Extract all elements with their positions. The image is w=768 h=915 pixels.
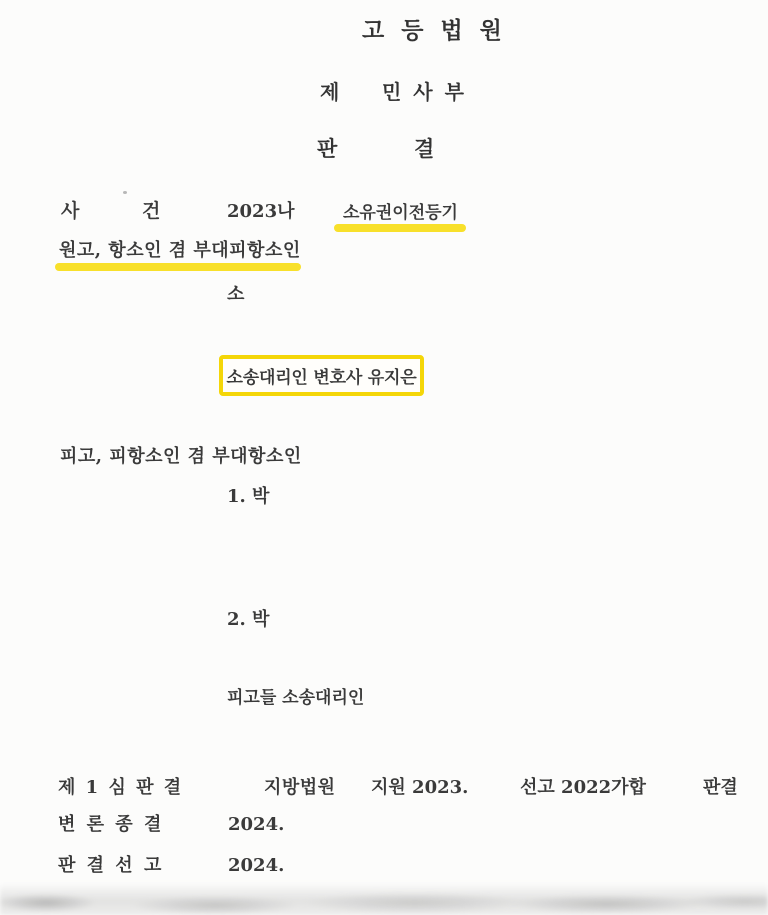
document-page: 고 등 법 원 제 민 사 부 판 결 사 건 2023나 소유권이전등기 원고…	[0, 0, 768, 915]
division-name: 민 사 부	[382, 82, 464, 102]
plaintiff-heading-highlight-underline	[55, 263, 301, 271]
division-prefix: 제	[320, 82, 339, 102]
judgment-title-right: 결	[414, 138, 434, 159]
sentencing-date: 2024.	[228, 857, 284, 875]
sentencing-label: 판 결 선 고	[58, 857, 161, 875]
judgment-title-left: 판	[317, 138, 337, 159]
case-label: 건	[142, 202, 160, 221]
case-name-highlight-underline	[334, 224, 466, 232]
closing-arguments-label: 변 론 종 결	[58, 816, 161, 834]
case-number: 2023나	[227, 203, 295, 221]
defendant-item: 2. 박	[227, 611, 269, 629]
scan-artifact-dot	[123, 191, 127, 194]
first-instance-branch-date: 지원 2023.	[371, 779, 468, 797]
plaintiff-heading: 원고, 항소인 겸 부대피항소인	[59, 242, 301, 260]
plaintiff-counsel: 소송대리인 변호사 유지은	[227, 363, 417, 388]
defendant-item: 1. 박	[227, 488, 269, 506]
first-instance-case-ref: 선고 2022가합	[520, 779, 646, 797]
case-label: 사	[61, 202, 79, 221]
case-name: 소유권이전등기	[343, 205, 458, 222]
defendants-counsel-label: 피고들 소송대리인	[227, 690, 364, 707]
plaintiff-name: 소	[227, 286, 244, 304]
first-instance-court: 지방법원	[264, 779, 336, 797]
court-title: 고 등 법 원	[362, 19, 502, 42]
counsel-highlight-box: 소송대리인 변호사 유지은	[219, 355, 424, 396]
scan-noise-band	[0, 883, 768, 915]
first-instance-label: 제 1 심 판 결	[58, 779, 181, 797]
closing-arguments-date: 2024.	[228, 816, 284, 834]
first-instance-suffix: 판결	[703, 779, 738, 797]
defendant-heading: 피고, 피항소인 겸 부대항소인	[60, 448, 302, 466]
